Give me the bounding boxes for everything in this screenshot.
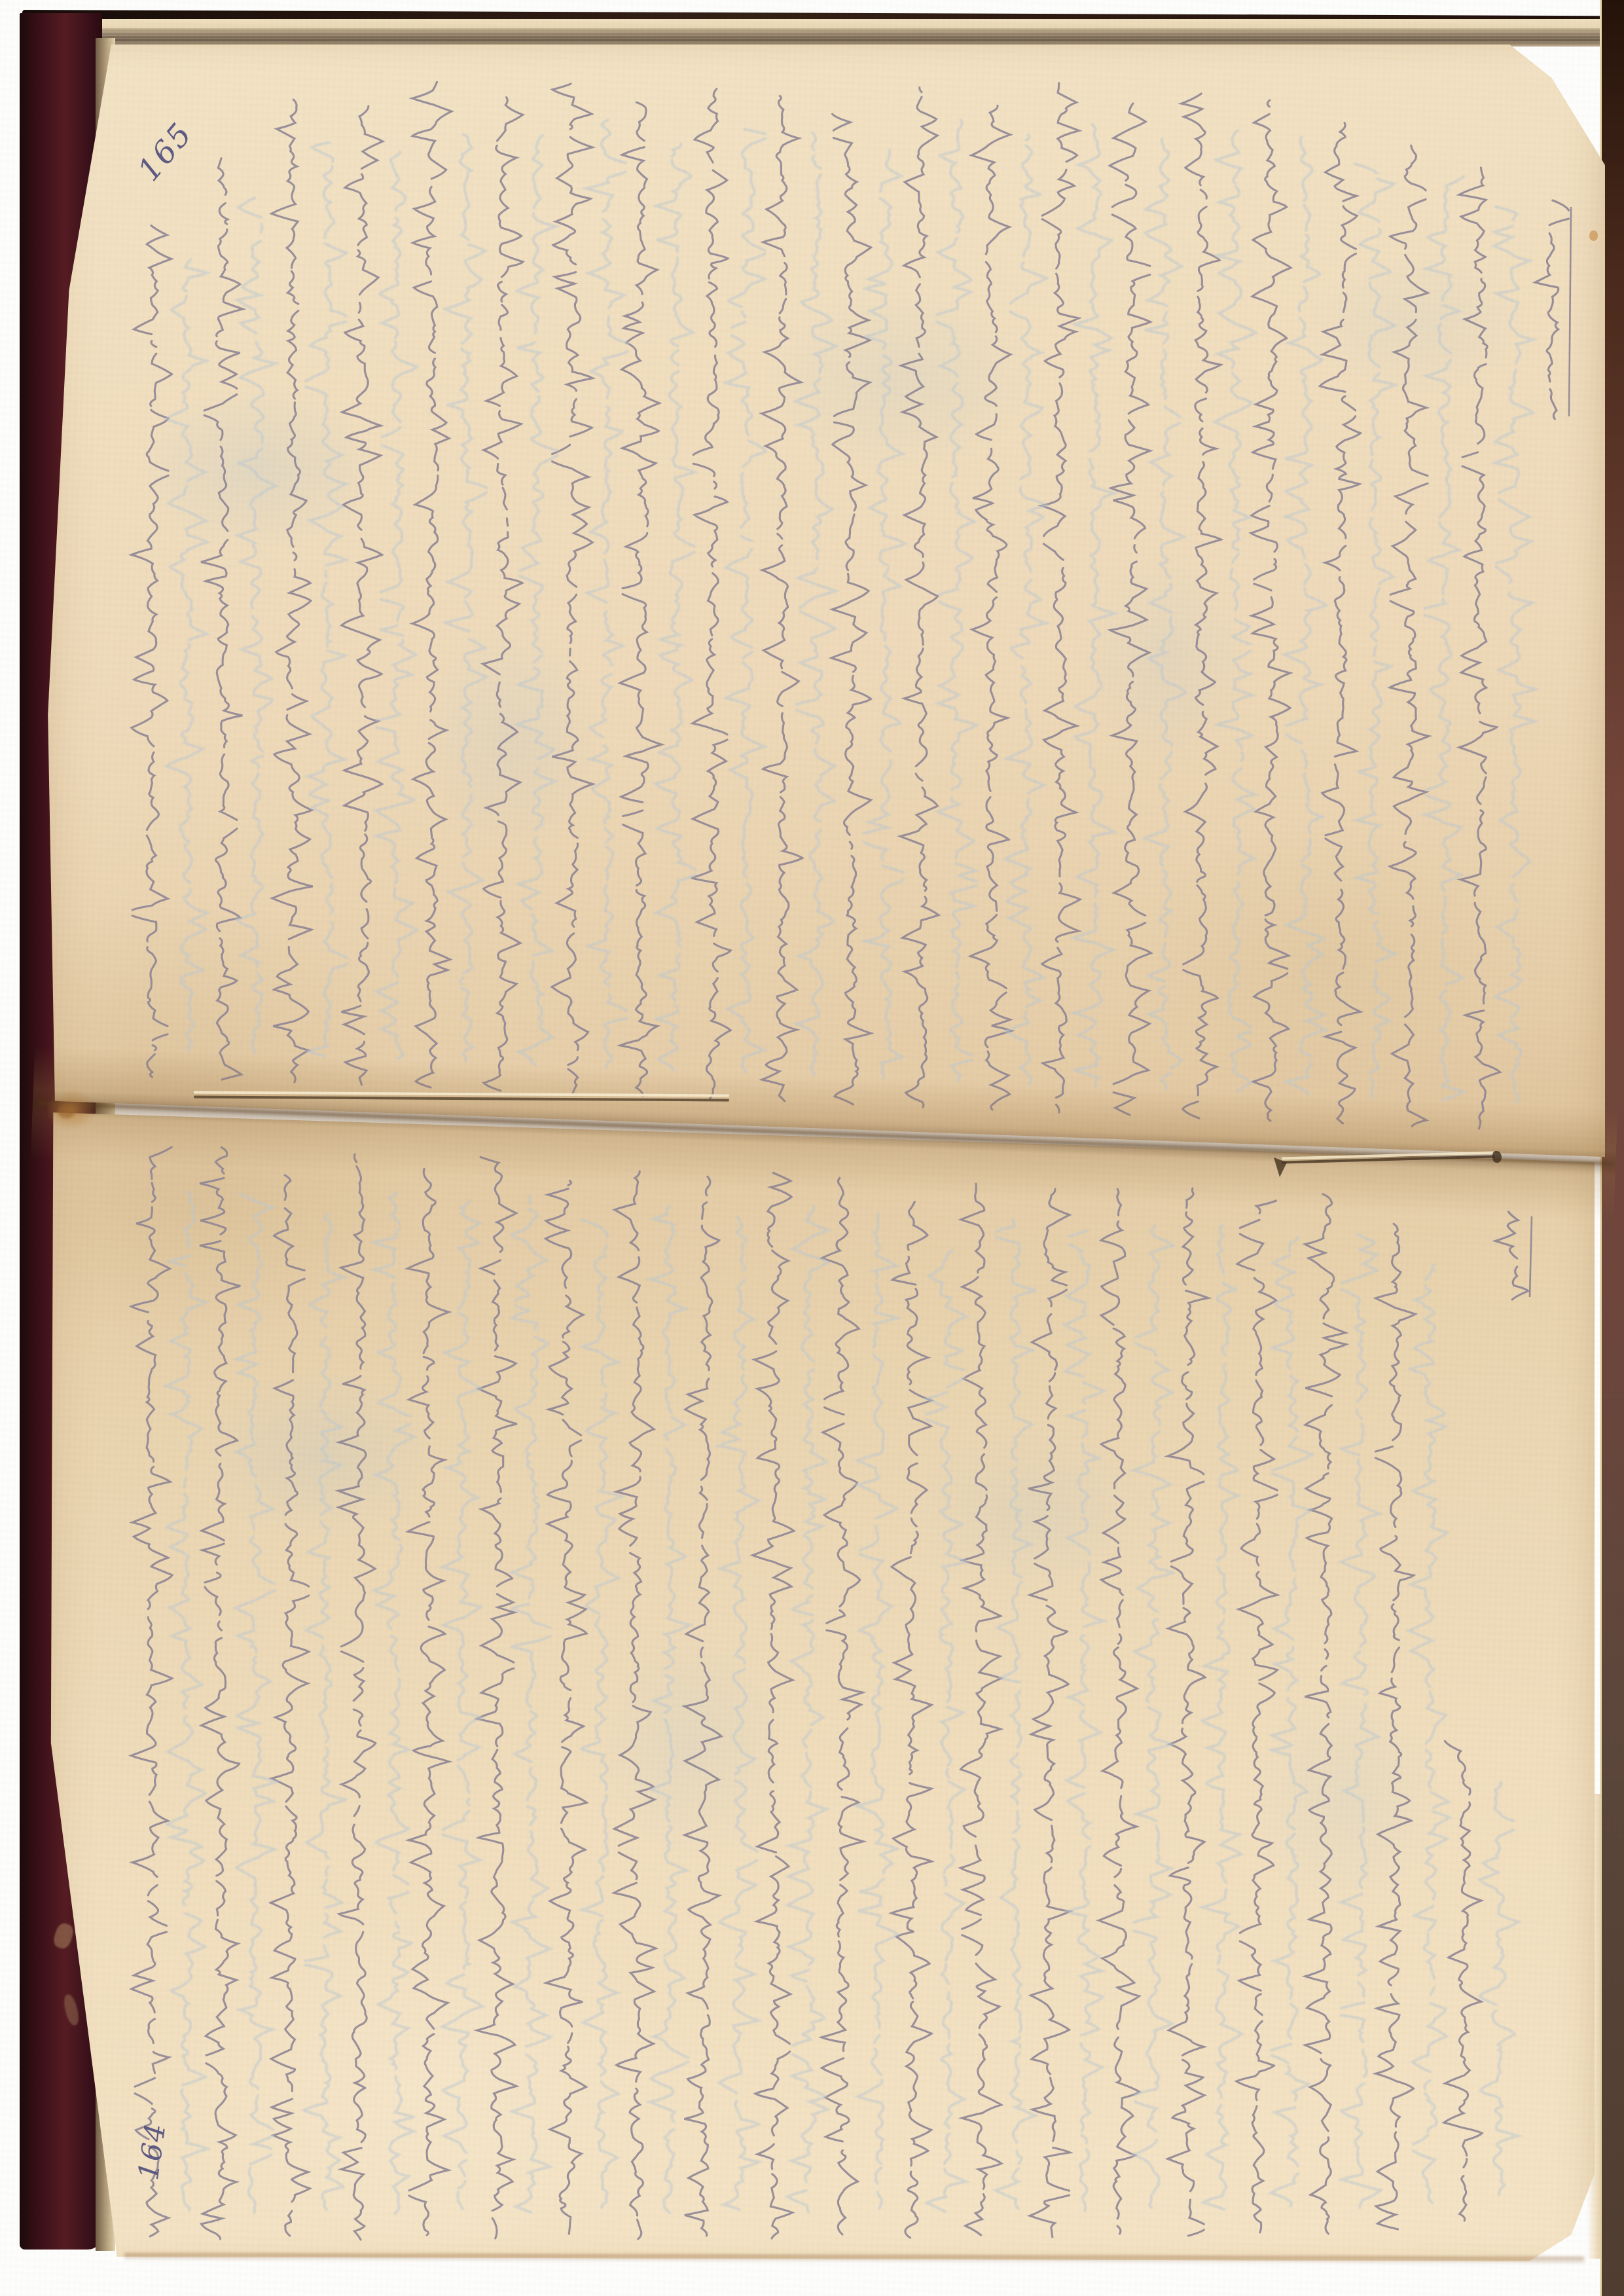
- ink-showthrough-line: [853, 1214, 903, 2208]
- ink-showthrough-line: [1405, 1262, 1455, 2203]
- handwriting-line: [1489, 1211, 1538, 1300]
- ink-showthrough-line: [507, 1195, 557, 2212]
- ink-showthrough-line: [1060, 1226, 1110, 2211]
- ink-showthrough-line: [369, 1193, 419, 2214]
- ink-speck: [1589, 230, 1598, 241]
- fold-stain-core: [58, 1105, 75, 1118]
- ink-showthrough-line: [300, 1212, 350, 2210]
- ink-showthrough-line: [922, 1245, 971, 2212]
- ink-showthrough-line: [1336, 1232, 1386, 2208]
- ink-showthrough-line: [1267, 1236, 1317, 2206]
- stitch-hole: [1492, 1151, 1502, 1163]
- ink-showthrough-line: [577, 1219, 626, 2208]
- ink-showthrough-line: [1129, 1229, 1179, 2208]
- ink-showthrough-line: [645, 1206, 695, 2213]
- ink-showthrough-line: [231, 1184, 281, 2213]
- ink-showthrough-line: [991, 1220, 1041, 2209]
- ink-showthrough-line: [1198, 1226, 1248, 2210]
- ink-showthrough-line: [784, 1209, 833, 2212]
- diary-scan: 165 164: [0, 0, 1624, 2296]
- ink-showthrough-line: [1474, 1777, 1524, 2195]
- ink-showthrough-line: [162, 1189, 212, 2210]
- ink-showthrough-line: [439, 1199, 488, 2209]
- ink-showthrough-line: [715, 1212, 765, 2210]
